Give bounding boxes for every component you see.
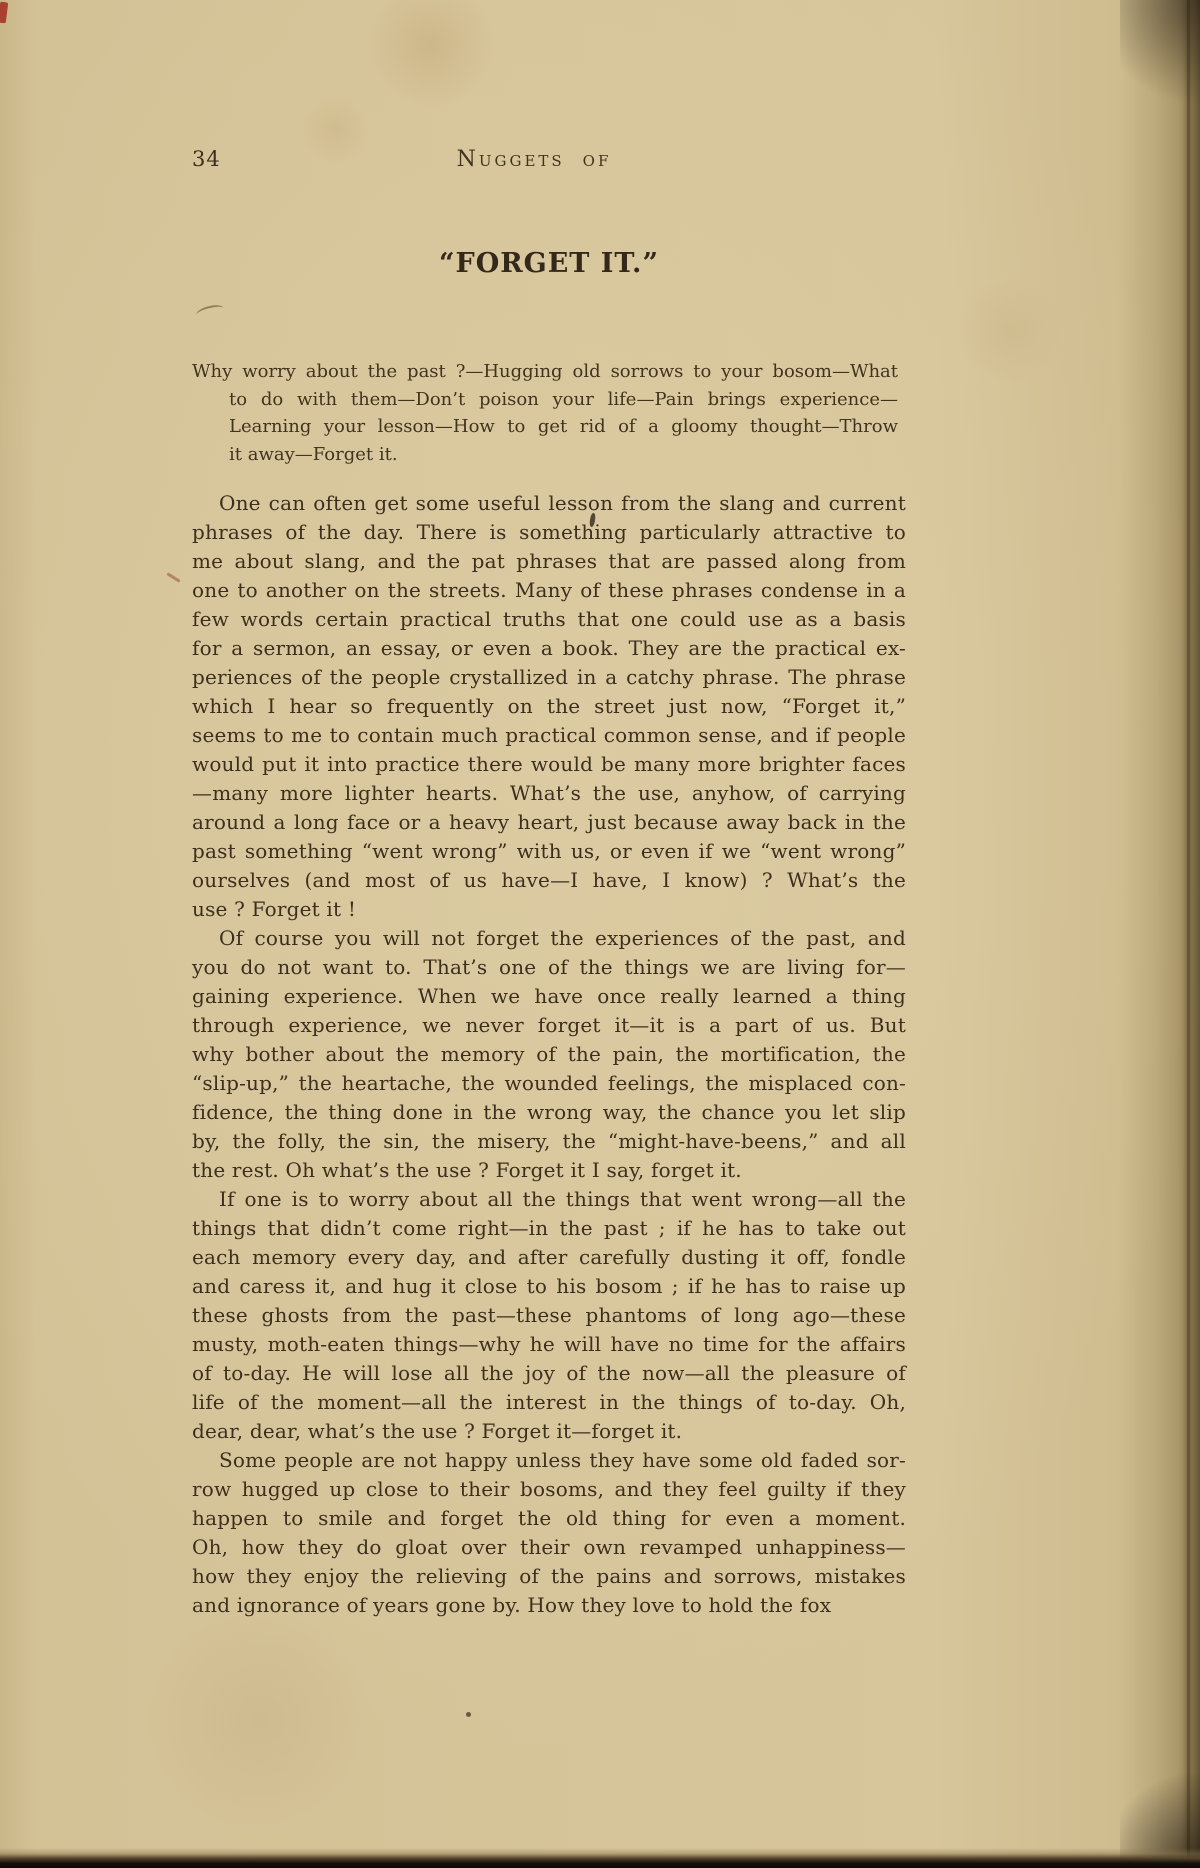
paragraph: Some people are not happy unless they ha… bbox=[192, 1446, 906, 1620]
paragraph: Of course you will not forget the experi… bbox=[192, 924, 906, 1185]
text-line: One can often get some useful lesson fro… bbox=[192, 489, 906, 518]
text-line: past something “went wrong” with us, or … bbox=[192, 837, 906, 866]
chapter-title: “FORGET IT.” bbox=[192, 248, 906, 279]
red-mark-artifact bbox=[0, 2, 8, 24]
text-line: how they enjoy the relieving of the pain… bbox=[192, 1562, 906, 1591]
text-line: happen to smile and forget the old thing… bbox=[192, 1504, 906, 1533]
text-line: musty, moth-eaten things—why he will hav… bbox=[192, 1330, 906, 1359]
text-line: “slip-up,” the heartache, the wounded fe… bbox=[192, 1069, 906, 1098]
body-text: One can often get some useful lesson fro… bbox=[192, 489, 906, 1620]
text-line: each memory every day, and after careful… bbox=[192, 1243, 906, 1272]
text-line: me about slang, and the pat phrases that… bbox=[192, 547, 906, 576]
text-line: one to another on the streets. Many of t… bbox=[192, 576, 906, 605]
text-line: life of the moment—all the interest in t… bbox=[192, 1388, 906, 1417]
text-line: seems to me to contain much practical co… bbox=[192, 721, 906, 750]
text-line: to do with them—Don’t poison your life—P… bbox=[192, 386, 898, 414]
chapter-summary: Why worry about the past ?—Hugging old s… bbox=[192, 358, 898, 468]
text-line: by, the folly, the sin, the misery, the … bbox=[192, 1127, 906, 1156]
text-line: through experience, we never forget it—i… bbox=[192, 1011, 906, 1040]
text-line: If one is to worry about all the things … bbox=[192, 1185, 906, 1214]
text-line: gaining experience. When we have once re… bbox=[192, 982, 906, 1011]
page-header: 34 Nuggets of bbox=[192, 147, 906, 173]
text-line: Learning your lesson—How to get rid of a… bbox=[192, 413, 898, 441]
speck-artifact bbox=[466, 1712, 471, 1717]
rust-mark-artifact bbox=[166, 572, 180, 582]
text-line: phrases of the day. There is something p… bbox=[192, 518, 906, 547]
text-line: of to-day. He will lose all the joy of t… bbox=[192, 1359, 906, 1388]
text-line: Why worry about the past ?—Hugging old s… bbox=[192, 358, 898, 386]
text-line: why bother about the memory of the pain,… bbox=[192, 1040, 906, 1069]
text-line: for a sermon, an essay, or even a book. … bbox=[192, 634, 906, 663]
text-line: Some people are not happy unless they ha… bbox=[192, 1446, 906, 1475]
text-line: fidence, the thing done in the wrong way… bbox=[192, 1098, 906, 1127]
book-page: 34 Nuggets of “FORGET IT.” Why worry abo… bbox=[0, 0, 1200, 1868]
text-line: Of course you will not forget the experi… bbox=[192, 924, 906, 953]
paragraph: One can often get some useful lesson fro… bbox=[192, 489, 906, 924]
text-line: few words certain practical truths that … bbox=[192, 605, 906, 634]
text-line: ourselves (and most of us have—I have, I… bbox=[192, 866, 906, 895]
text-line: and caress it, and hug it close to his b… bbox=[192, 1272, 906, 1301]
page-right-edge bbox=[1120, 0, 1200, 1868]
running-head: Nuggets of bbox=[192, 147, 906, 172]
text-line: dear, dear, what’s the use ? Forget it—f… bbox=[192, 1417, 906, 1446]
text-line: row hugged up close to their bosoms, and… bbox=[192, 1475, 906, 1504]
text-line: and ignorance of years gone by. How they… bbox=[192, 1591, 906, 1620]
text-line: around a long face or a heavy heart, jus… bbox=[192, 808, 906, 837]
text-line: which I hear so frequently on the street… bbox=[192, 692, 906, 721]
text-line: use ? Forget it ! bbox=[192, 895, 906, 924]
text-line: the rest. Oh what’s the use ? Forget it … bbox=[192, 1156, 906, 1185]
text-line: you do not want to. That’s one of the th… bbox=[192, 953, 906, 982]
text-line: —many more lighter hearts. What’s the us… bbox=[192, 779, 906, 808]
text-line: periences of the people crystallized in … bbox=[192, 663, 906, 692]
text-line: things that didn’t come right—in the pas… bbox=[192, 1214, 906, 1243]
text-line: Oh, how they do gloat over their own rev… bbox=[192, 1533, 906, 1562]
text-line: these ghosts from the past—these phantom… bbox=[192, 1301, 906, 1330]
paragraph: If one is to worry about all the things … bbox=[192, 1185, 906, 1446]
text-line: would put it into practice there would b… bbox=[192, 750, 906, 779]
page-bottom-edge bbox=[0, 1848, 1200, 1868]
pen-mark-artifact bbox=[195, 303, 225, 320]
text-line: it away—Forget it. bbox=[192, 441, 898, 469]
